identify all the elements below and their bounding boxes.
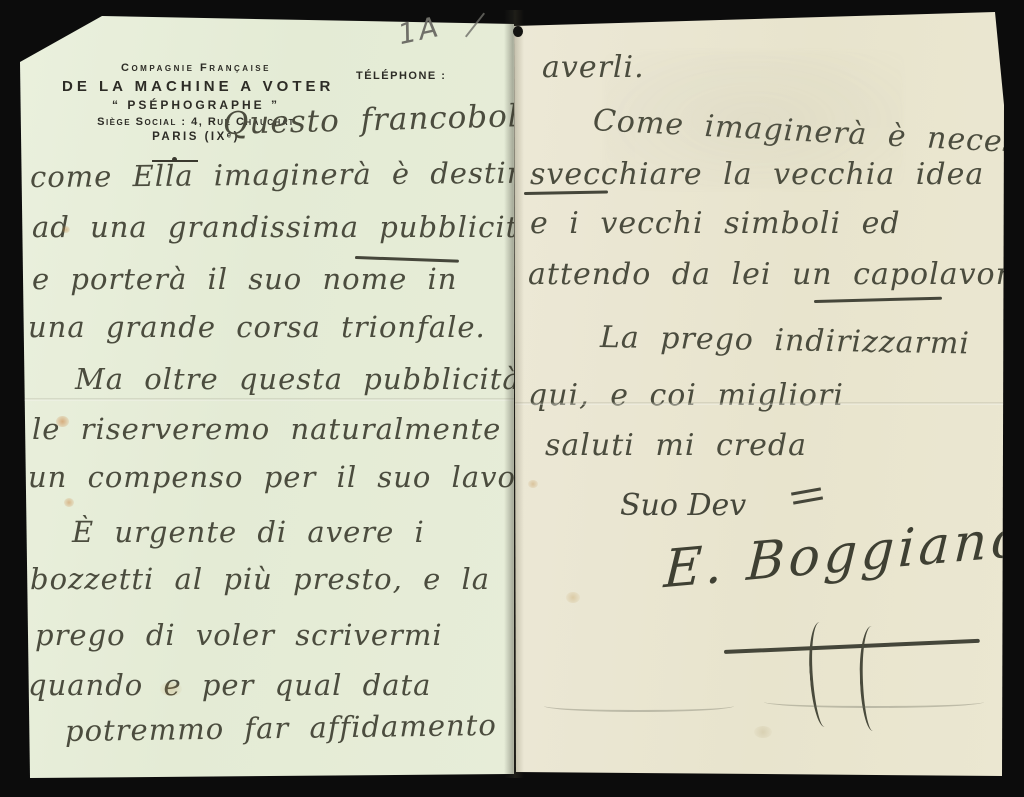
handwritten-line: come Ella imaginerà è destinato	[30, 155, 576, 194]
signature-flourish-loop	[806, 621, 838, 727]
fold-crease	[20, 398, 514, 401]
handwritten-line: e i vecchi simboli ed	[530, 206, 901, 241]
handwritten-line: bozzetti al più presto, e la	[30, 562, 490, 596]
letterhead-company-line1: Compagnie Française	[62, 62, 330, 74]
handwritten-line: una grande corsa trionfale.	[28, 310, 486, 344]
handwritten-line: ad una grandissima pubblicità	[32, 210, 537, 244]
ink-underline-svecchiare	[524, 191, 608, 195]
ink-underline-capolavoro	[814, 297, 942, 303]
foxing-stain	[160, 682, 182, 696]
punch-hole	[513, 26, 523, 37]
letterhead-telephone-label: TÉLÉPHONE :	[356, 70, 446, 82]
handwritten-line: attendo da lei un capolavoro	[528, 257, 1024, 292]
ink-show-through	[544, 700, 734, 712]
handwritten-line: qui, e coi migliori	[528, 378, 844, 413]
abbreviation-mark	[793, 496, 823, 504]
closing-valediction: Suo Dev	[620, 488, 746, 523]
signature-flourish-underline	[724, 639, 980, 654]
scanned-letter: Compagnie Française DE LA MACHINE A VOTE…	[0, 0, 1024, 797]
handwritten-line: prego di voler scrivermi	[35, 618, 443, 652]
foxing-stain	[62, 226, 70, 233]
letter-page-right: averli. Come imaginerà è necessario svec…	[514, 10, 1004, 778]
foxing-stain	[754, 726, 772, 738]
foxing-stain	[56, 416, 69, 427]
foxing-stain	[566, 592, 580, 603]
foxing-stain	[64, 498, 74, 507]
abbreviation-mark	[791, 487, 821, 495]
foxing-stain	[528, 480, 538, 488]
handwritten-line: le riserveremo naturalmente	[32, 412, 501, 446]
letterhead-company-line2: DE LA MACHINE A VOTER	[62, 78, 330, 95]
handwritten-line: potremmo far affidamento di	[65, 707, 547, 748]
handwritten-line: saluti mi creda	[545, 428, 807, 463]
ink-show-through	[604, 50, 904, 190]
handwritten-line: Questo francobollo	[223, 97, 550, 142]
handwritten-line: un compenso per il suo lavoro.	[28, 460, 559, 494]
page-fold-seam	[504, 10, 524, 778]
handwritten-line: quando e per qual data	[28, 668, 431, 702]
fold-crease	[514, 402, 1004, 405]
handwritten-line: Ma oltre questa pubblicità,	[75, 362, 531, 396]
handwritten-line: È urgente di avere i	[72, 515, 425, 549]
handwritten-line: e porterà il suo nome in	[32, 262, 457, 296]
signature-flourish-loop	[858, 626, 887, 732]
letter-page-left: Compagnie Française DE LA MACHINE A VOTE…	[20, 14, 514, 778]
handwritten-line: La prego indirizzarmi	[600, 320, 971, 361]
ink-show-through	[764, 696, 984, 708]
